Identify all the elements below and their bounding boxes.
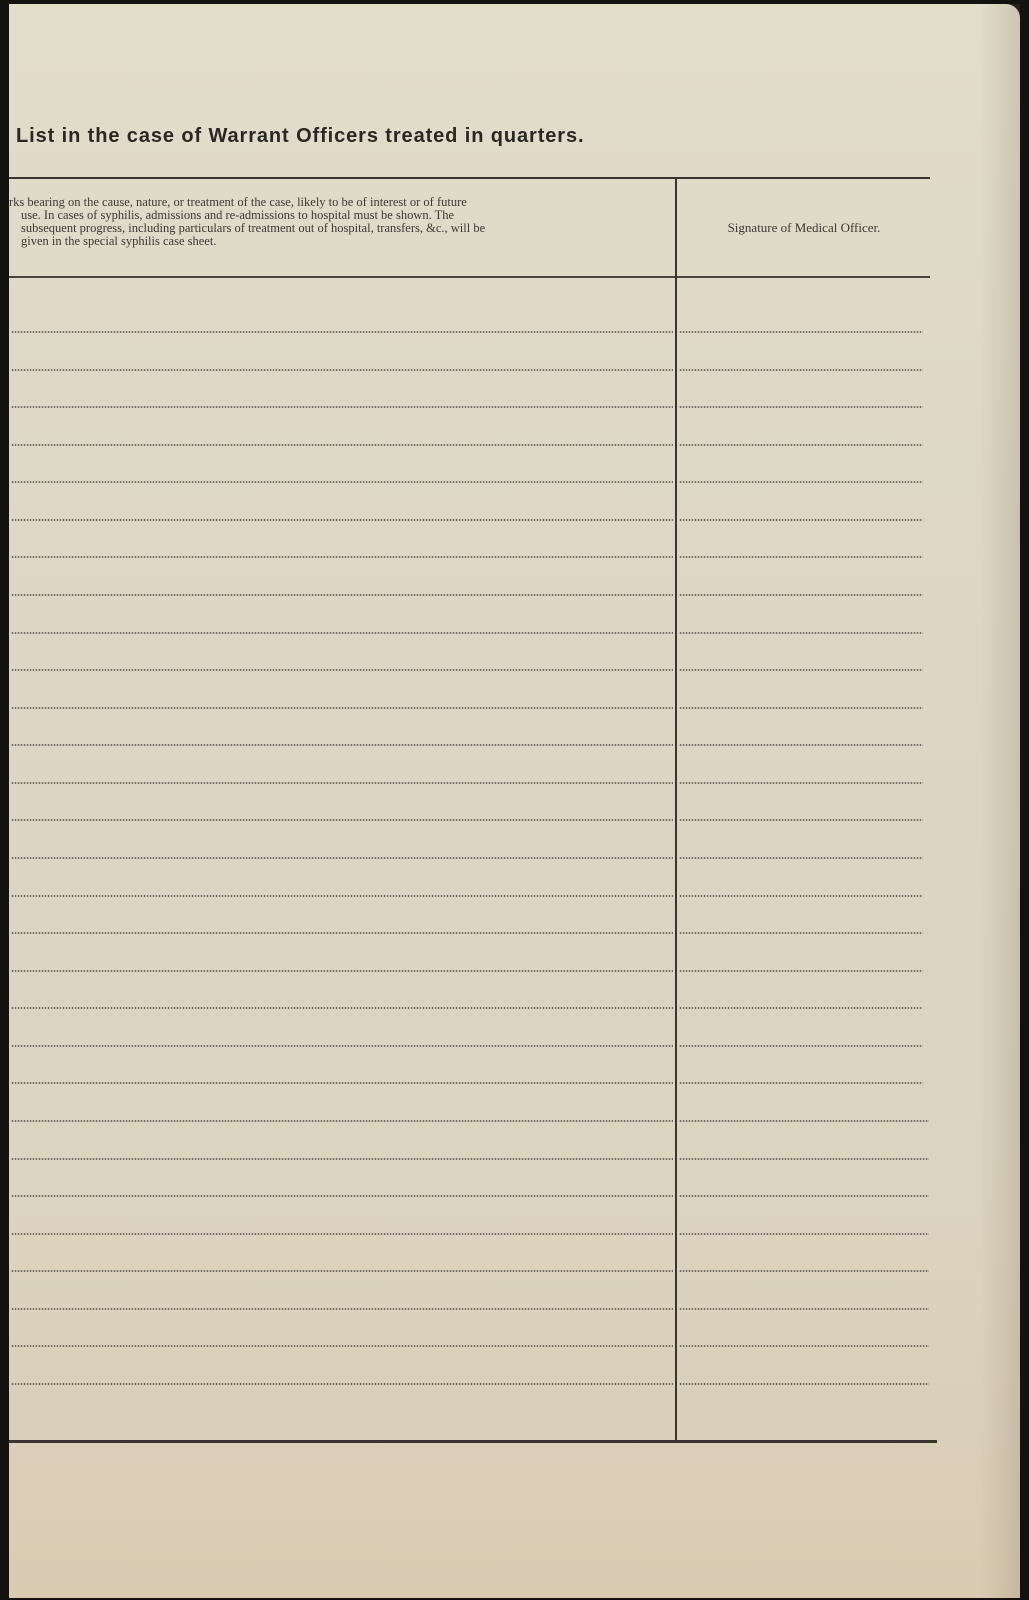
remarks-entry-line[interactable] — [11, 782, 673, 784]
remarks-entry-line[interactable] — [11, 594, 673, 596]
remarks-entry-line[interactable] — [11, 1082, 673, 1084]
remarks-entry-line[interactable] — [11, 1158, 673, 1160]
signature-entry-line[interactable] — [679, 932, 923, 934]
signature-entry-line[interactable] — [679, 444, 923, 446]
signature-entry-line[interactable] — [679, 1195, 929, 1197]
signature-entry-line[interactable] — [679, 1158, 929, 1160]
signature-header-label: Signature of Medical Officer. — [728, 220, 881, 236]
remarks-entry-line[interactable] — [11, 556, 673, 558]
signature-entry-line[interactable] — [679, 895, 923, 897]
signature-entry-line[interactable] — [679, 331, 923, 333]
table-top-rule — [9, 177, 930, 179]
remarks-entry-line[interactable] — [11, 970, 673, 972]
signature-entry-line[interactable] — [679, 1383, 929, 1385]
signature-entry-line[interactable] — [679, 632, 923, 634]
remarks-header-line: given in the special syphilis case sheet… — [9, 235, 657, 248]
remarks-entry-line[interactable] — [11, 632, 673, 634]
signature-entry-line[interactable] — [679, 970, 923, 972]
signature-entry-line[interactable] — [679, 857, 923, 859]
signature-entry-line[interactable] — [679, 707, 923, 709]
signature-entry-line[interactable] — [679, 1270, 929, 1272]
remarks-entry-line[interactable] — [11, 1120, 673, 1122]
remarks-entry-line[interactable] — [11, 1007, 673, 1009]
remarks-entry-line[interactable] — [11, 406, 673, 408]
remarks-entry-line[interactable] — [11, 1270, 673, 1272]
signature-entry-line[interactable] — [679, 1045, 923, 1047]
form-title: List in the case of Warrant Officers tre… — [16, 125, 584, 148]
remarks-entry-line[interactable] — [11, 519, 673, 521]
remarks-entry-line[interactable] — [11, 707, 673, 709]
remarks-entry-line[interactable] — [11, 1233, 673, 1235]
table-bottom-rule — [9, 1440, 937, 1443]
signature-entry-line[interactable] — [679, 1082, 923, 1084]
signature-entry-line[interactable] — [679, 594, 923, 596]
signature-entry-line[interactable] — [679, 1233, 929, 1235]
remarks-entry-line[interactable] — [11, 669, 673, 671]
signature-entry-line[interactable] — [679, 369, 923, 371]
signature-entry-line[interactable] — [679, 1308, 929, 1310]
signature-entry-line[interactable] — [679, 1120, 929, 1122]
remarks-entry-line[interactable] — [11, 1195, 673, 1197]
remarks-entry-line[interactable] — [11, 1345, 673, 1347]
signature-entry-line[interactable] — [679, 556, 923, 558]
signature-entry-line[interactable] — [679, 1345, 929, 1347]
signature-column-header: Signature of Medical Officer. — [677, 180, 931, 276]
remarks-entry-line[interactable] — [11, 1383, 673, 1385]
signature-entry-line[interactable] — [679, 481, 923, 483]
header-bottom-rule — [9, 276, 930, 278]
signature-entry-line[interactable] — [679, 406, 923, 408]
signature-entry-line[interactable] — [679, 819, 923, 821]
remarks-entry-line[interactable] — [11, 744, 673, 746]
remarks-entry-line[interactable] — [11, 331, 673, 333]
remarks-entry-line[interactable] — [11, 895, 673, 897]
column-divider — [675, 179, 677, 1440]
remarks-entry-line[interactable] — [11, 819, 673, 821]
remarks-column-header: rks bearing on the cause, nature, or tre… — [9, 196, 657, 248]
remarks-entry-line[interactable] — [11, 1045, 673, 1047]
signature-entry-line[interactable] — [679, 782, 923, 784]
signature-entry-line[interactable] — [679, 669, 923, 671]
signature-entry-line[interactable] — [679, 519, 923, 521]
remarks-entry-line[interactable] — [11, 444, 673, 446]
form-sheet: List in the case of Warrant Officers tre… — [9, 4, 1020, 1598]
signature-entry-line[interactable] — [679, 744, 923, 746]
remarks-entry-line[interactable] — [11, 481, 673, 483]
remarks-entry-line[interactable] — [11, 857, 673, 859]
remarks-entry-line[interactable] — [11, 1308, 673, 1310]
remarks-entry-line[interactable] — [11, 932, 673, 934]
signature-entry-line[interactable] — [679, 1007, 923, 1009]
remarks-entry-line[interactable] — [11, 369, 673, 371]
